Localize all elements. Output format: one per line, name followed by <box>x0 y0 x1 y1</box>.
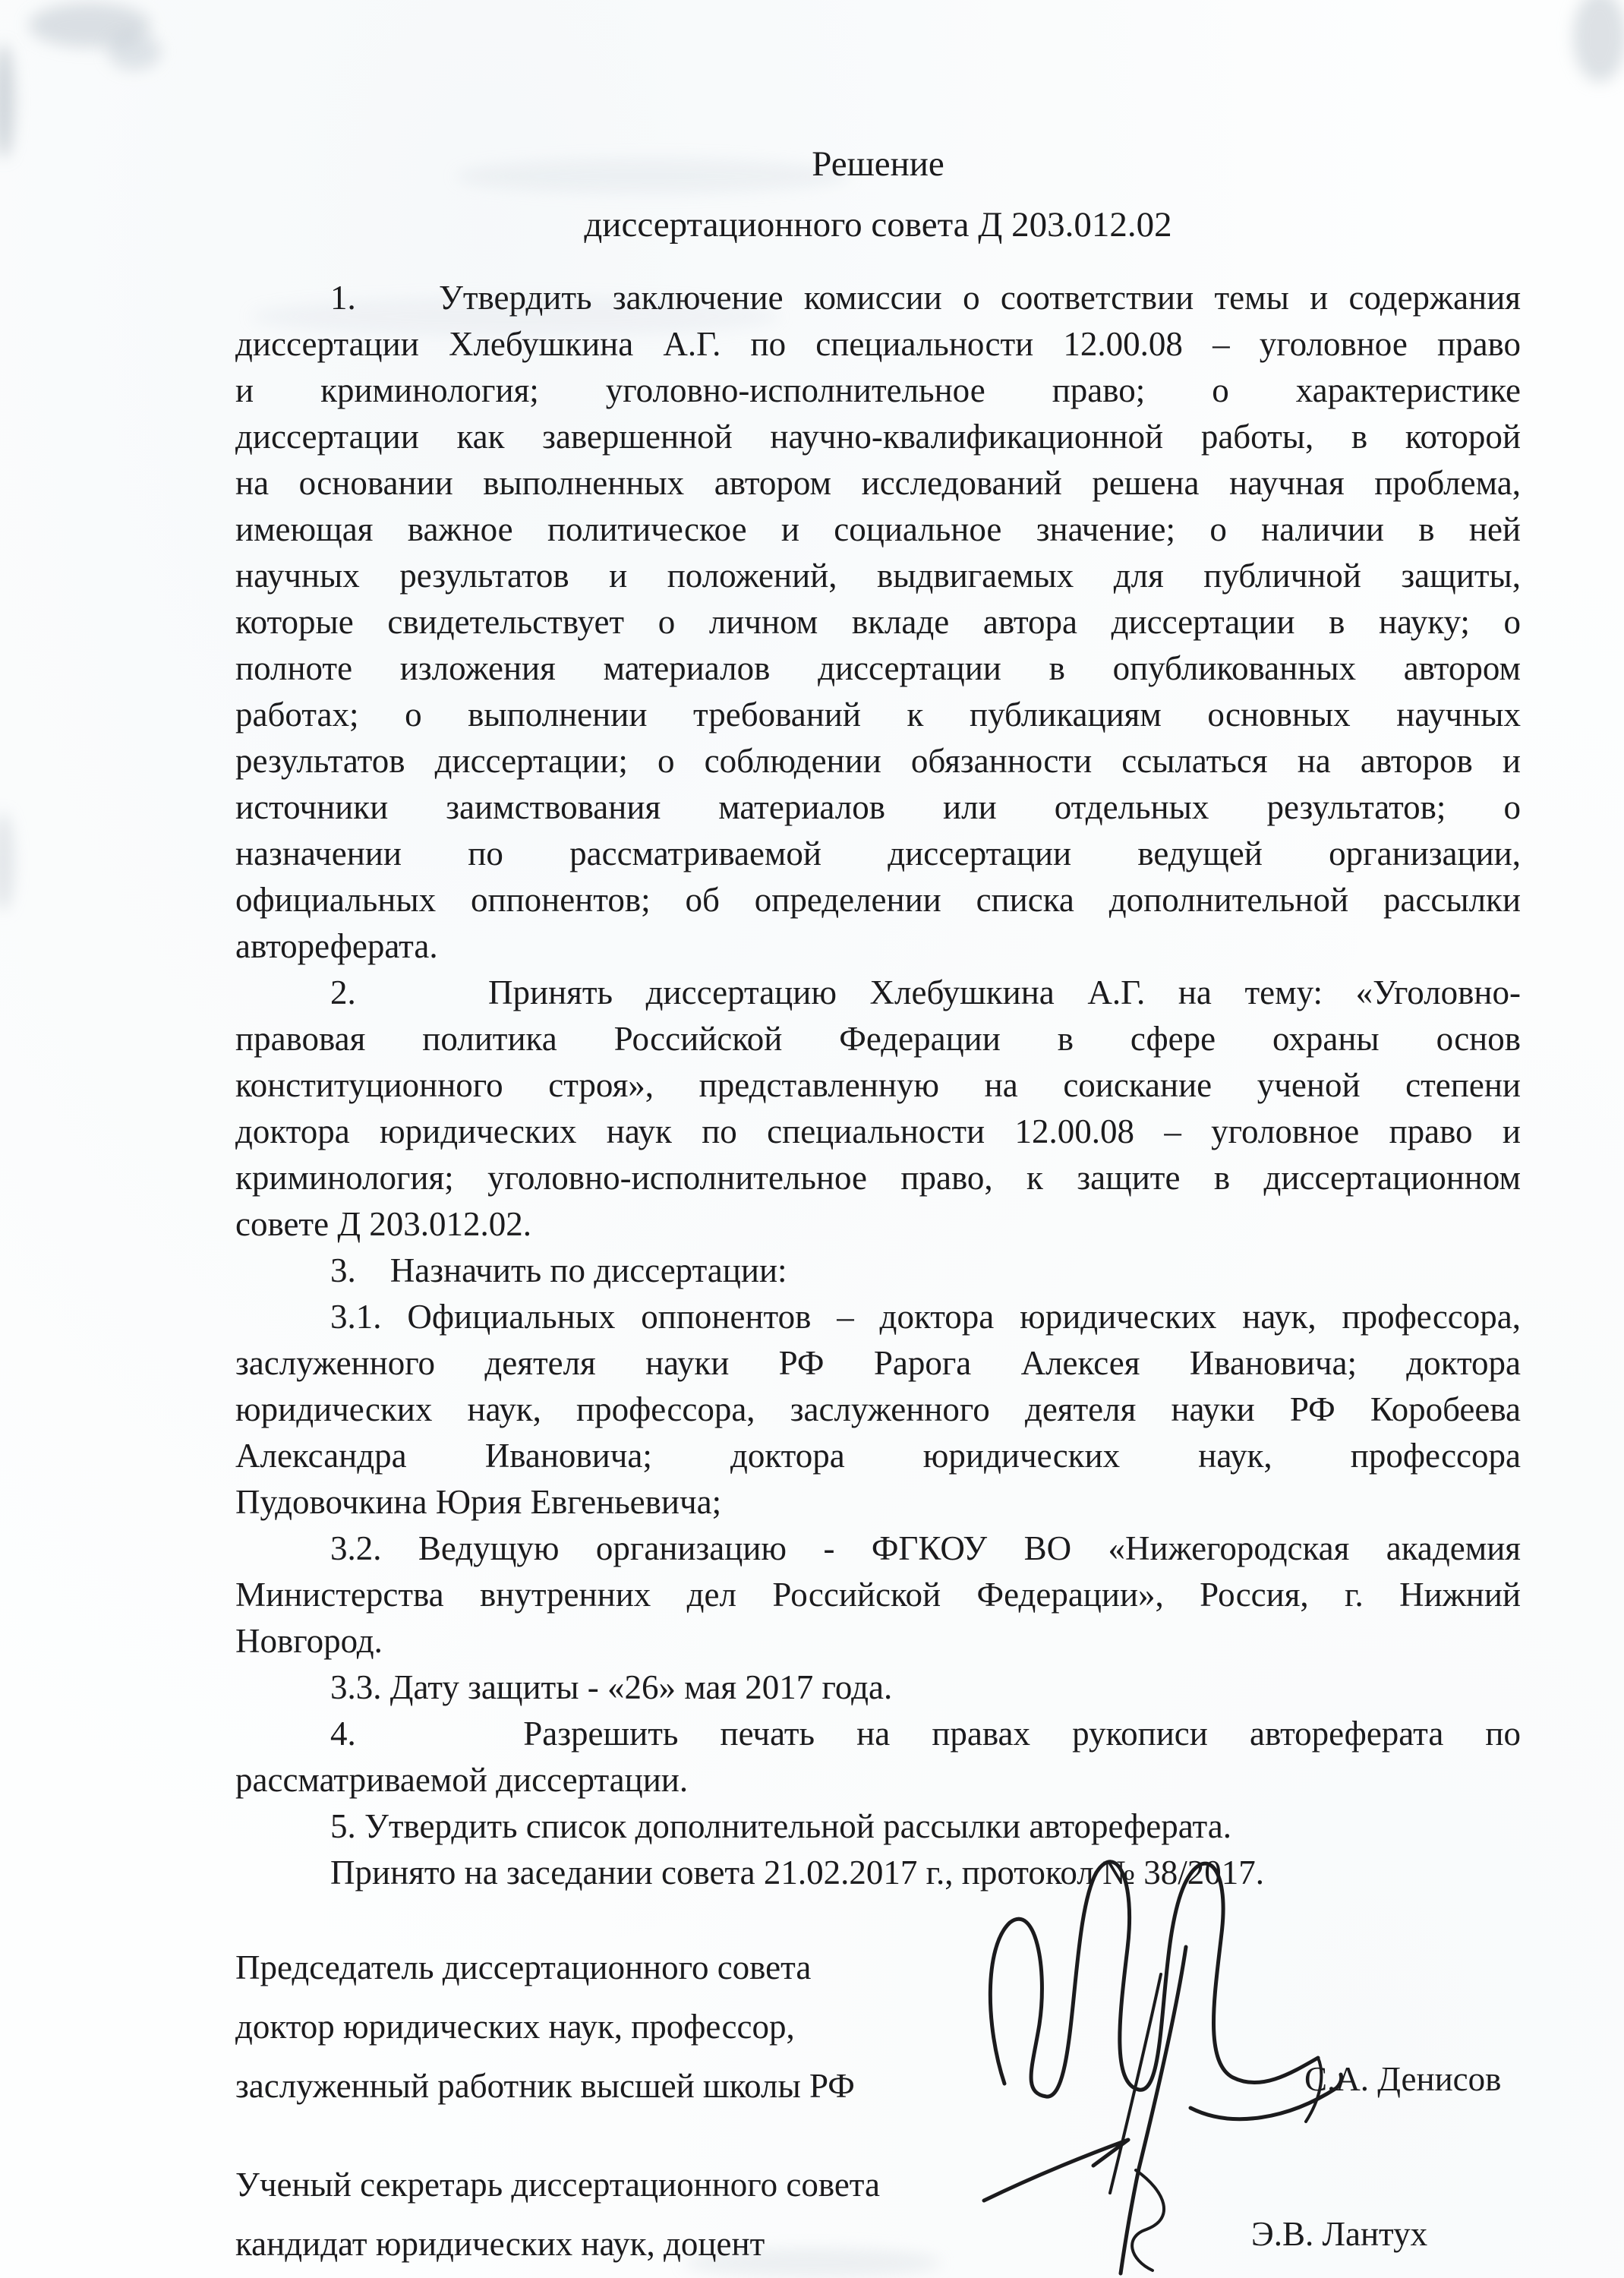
paragraph-8-line-1: 5. Утвердить список дополнительной рассы… <box>235 1803 1521 1850</box>
paragraph-1-line-3: и криминология; уголовно-исполнительное … <box>235 368 1521 414</box>
paragraph-3-line-1: 3. Назначить по диссертации: <box>235 1248 1521 1294</box>
paragraph-1-line-10: работах; о выполнении требований к публи… <box>235 692 1521 738</box>
paragraph-2-line-3: конституционного строя», представленную … <box>235 1062 1521 1109</box>
paragraph-9-line-1: Принято на заседании совета 21.02.2017 г… <box>235 1850 1521 1896</box>
paragraph-1-line-12: источники заимствования материалов или о… <box>235 784 1521 831</box>
document-body: 1. Утвердить заключение комиссии о соотв… <box>235 275 1521 1896</box>
paragraph-2-line-4: доктора юридических наук по специальност… <box>235 1109 1521 1155</box>
paragraph-1-line-11: результатов диссертации; о соблюдении об… <box>235 738 1521 784</box>
paragraph-4-line-3: юридических наук, профессора, заслуженно… <box>235 1387 1521 1433</box>
paragraph-5-line-2: Министерства внутренних дел Российской Ф… <box>235 1572 1521 1618</box>
document-title: Решение диссертационного совета Д 203.01… <box>235 134 1521 255</box>
paragraph-5-line-1: 3.2. Ведущую организацию - ФГКОУ ВО «Ниж… <box>235 1526 1521 1572</box>
signature-2-role-line-1: Ученый секретарь диссертационного совета <box>235 2155 1071 2214</box>
paragraph-4-line-2: заслуженного деятеля науки РФ Рарога Але… <box>235 1340 1521 1387</box>
title-line-1: Решение <box>235 134 1521 194</box>
secretary-name: Э.В. Лантух <box>1251 2214 1427 2254</box>
paragraph-6-line-1: 3.3. Дату защиты - «26» мая 2017 года. <box>235 1664 1521 1711</box>
signature-1-role-line-3: заслуженный работник высшей школы РФ <box>235 2056 1071 2116</box>
paragraph-5-line-3: Новгород. <box>235 1618 1521 1664</box>
paragraph-4-line-4: Александра Ивановича; доктора юридически… <box>235 1433 1521 1479</box>
title-line-2: диссертационного совета Д 203.012.02 <box>235 194 1521 255</box>
paragraph-4-line-1: 3.1. Официальных оппонентов – доктора юр… <box>235 1294 1521 1340</box>
scan-artifact <box>108 33 161 70</box>
signature-block-chairman: Председатель диссертационного советадокт… <box>235 1938 1071 2116</box>
paragraph-2-line-1: 2. Принять диссертацию Хлебушкина А.Г. н… <box>235 970 1521 1016</box>
paragraph-2-line-2: правовая политика Российской Федерации в… <box>235 1016 1521 1062</box>
signature-1-role-line-2: доктор юридических наук, профессор, <box>235 1997 1071 2056</box>
paragraph-1-line-7: научных результатов и положений, выдвига… <box>235 553 1521 599</box>
paragraph-1-line-1: 1. Утвердить заключение комиссии о соотв… <box>235 275 1521 321</box>
signature-2-role-line-2: кандидат юридических наук, доцент <box>235 2214 1071 2273</box>
scan-artifact <box>1573 0 1624 82</box>
paragraph-4-line-5: Пудовочкина Юрия Евгеньевича; <box>235 1479 1521 1526</box>
paragraph-1-line-13: назначении по рассматриваемой диссертаци… <box>235 831 1521 877</box>
paragraph-7-line-2: рассматриваемой диссертации. <box>235 1757 1521 1803</box>
paragraph-1-line-8: которые свидетельствует о личном вкладе … <box>235 599 1521 645</box>
paragraph-1-line-9: полноте изложения материалов диссертации… <box>235 645 1521 692</box>
paragraph-1-line-6: имеющая важное политическое и социальное… <box>235 506 1521 553</box>
paragraph-1-line-14: официальных оппонентов; об определении с… <box>235 877 1521 923</box>
paragraph-2-line-6: совете Д 203.012.02. <box>235 1201 1521 1248</box>
signature-block-secretary: Ученый секретарь диссертационного совета… <box>235 2155 1071 2273</box>
paragraph-2-line-5: криминология; уголовно-исполнительное пр… <box>235 1155 1521 1201</box>
scan-artifact <box>0 44 14 158</box>
scan-artifact <box>29 3 150 47</box>
chairman-name: С.А. Денисов <box>1304 2059 1501 2099</box>
signature-1-role-line-1: Председатель диссертационного совета <box>235 1938 1071 1997</box>
paragraph-7-line-1: 4. Разрешить печать на правах рукописи а… <box>235 1711 1521 1757</box>
paragraph-1-line-15: автореферата. <box>235 923 1521 970</box>
document-page: Решение диссертационного совета Д 203.01… <box>0 0 1624 2278</box>
scan-artifact <box>0 812 14 911</box>
paragraph-1-line-2: диссертации Хлебушкина А.Г. по специальн… <box>235 321 1521 368</box>
paragraph-1-line-5: на основании выполненных автором исследо… <box>235 460 1521 506</box>
paragraph-1-line-4: диссертации как завершенной научно-квали… <box>235 414 1521 460</box>
